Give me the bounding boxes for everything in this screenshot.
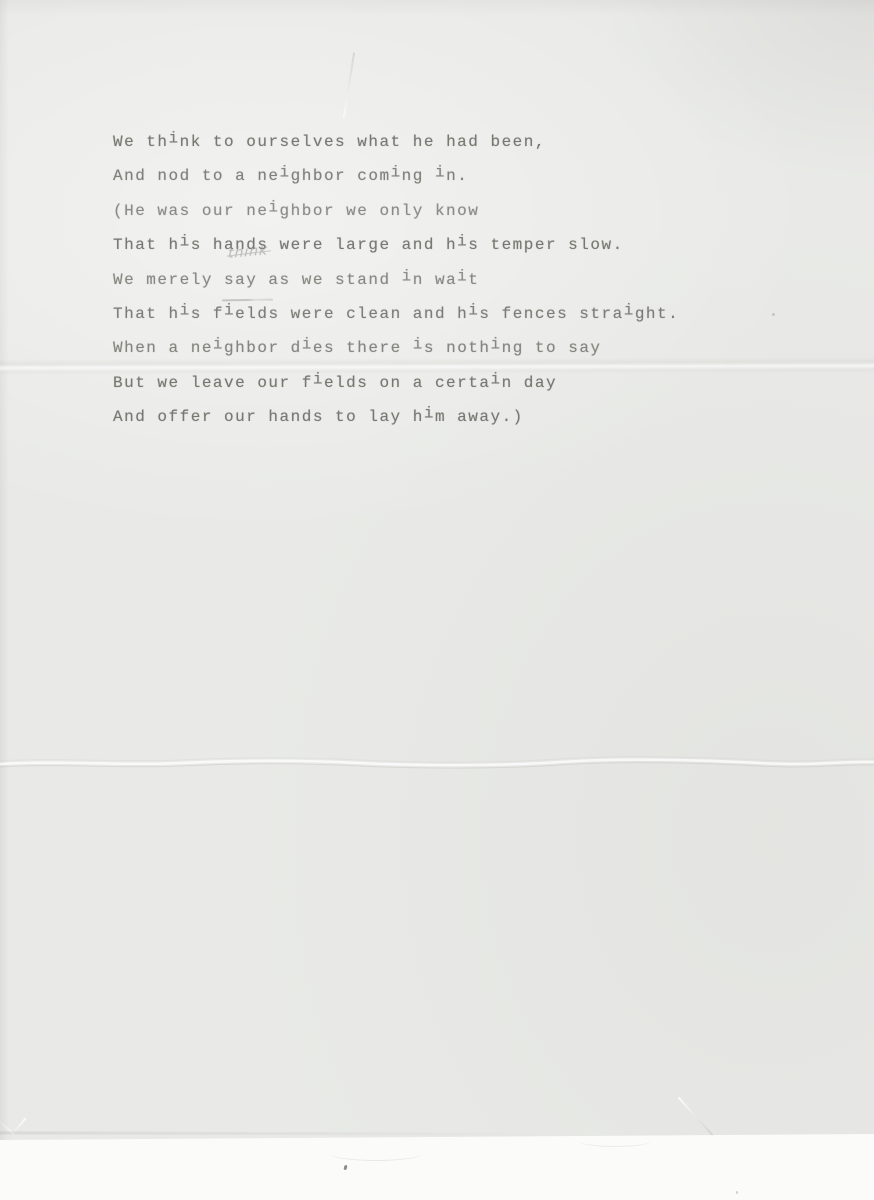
poem-line: When a neighbor dies there is nothing to… bbox=[113, 331, 679, 365]
dust-speck-1 bbox=[772, 313, 775, 316]
dust-speck-2 bbox=[736, 1191, 738, 1194]
poem-line: We think to ourselves what he had been, bbox=[113, 125, 679, 159]
poem-line: (He was our neighbor we only know bbox=[113, 194, 679, 228]
poem-line: But we leave our fields on a certain day bbox=[113, 366, 679, 400]
crease-bottom-right bbox=[678, 1097, 717, 1140]
crease-diagonal-top bbox=[343, 52, 355, 118]
annotated-word: saythink bbox=[224, 263, 257, 297]
paper-bottom-edge-shadow bbox=[0, 1131, 560, 1135]
handwritten-annotation: think bbox=[228, 243, 269, 261]
scanned-page: We think to ourselves what he had been,A… bbox=[0, 0, 874, 1200]
scanner-background-strip bbox=[0, 1130, 874, 1200]
poem-line: We merely saythink as we stand in wait bbox=[113, 263, 679, 297]
poem-text: We think to ourselves what he had been,A… bbox=[113, 125, 679, 435]
poem-line: And offer our hands to lay him away.) bbox=[113, 400, 679, 434]
poem-line: That his fields were clean and his fence… bbox=[113, 297, 679, 331]
poem-line: And nod to a neighbor coming in. bbox=[113, 159, 679, 193]
poem-line: That his hands were large and his temper… bbox=[113, 228, 679, 262]
crease-arc-bottom-1 bbox=[330, 1146, 422, 1161]
crease-arc-bottom-2 bbox=[580, 1136, 650, 1147]
fold-crease-middle bbox=[0, 748, 874, 774]
